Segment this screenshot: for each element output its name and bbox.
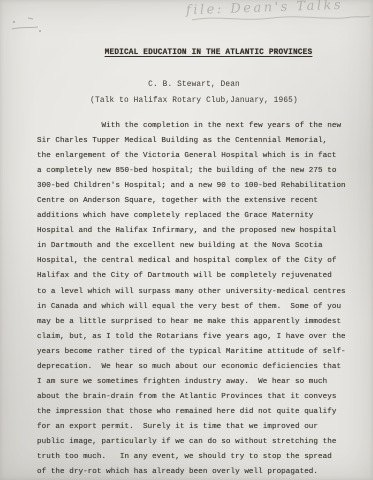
document-line: a completely new 850-bed hospital; the b… — [37, 164, 351, 179]
document-body: With the completion in the next few year… — [37, 119, 351, 480]
document-line: public image, particularly if we can do … — [37, 435, 351, 450]
document-line: claim, but, as I told the Rotarians five… — [37, 330, 351, 345]
document-line: about the brain-drain from the Atlantic … — [37, 390, 351, 405]
document-line: truth too much. In any event, we should … — [37, 450, 351, 465]
document-line: additions which have completely replaced… — [37, 209, 351, 224]
document-line: years become rather tired of the typical… — [37, 345, 351, 360]
document-line: Sir Charles Tupper Medical Building as t… — [37, 134, 351, 149]
document-line: for an export permit. Surely it is time … — [37, 420, 351, 435]
document-line: Hospital, the central medical and hospit… — [37, 254, 351, 269]
document-line: Halifax and the City of Dartmouth will b… — [37, 269, 351, 284]
document-title: MEDICAL EDUCATION IN THE ATLANTIC PROVIN… — [105, 49, 313, 57]
handwritten-underline — [192, 13, 370, 23]
document-line: I am sure we sometimes frighten industry… — [37, 375, 351, 390]
document-page: file: Dean's Talks MEDICAL EDUCATION IN … — [0, 0, 373, 480]
document-line: of the dry-rot which has already been ov… — [37, 465, 351, 480]
document-line: in Dartmouth and the excellent new build… — [37, 239, 351, 254]
document-line: the enlargement of the Victoria General … — [37, 149, 351, 164]
document-line: 300-bed Children's Hospital; and a new 9… — [37, 179, 351, 194]
author-line: C. B. Stewart, Dean — [37, 77, 351, 93]
document-line: deprecation. We hear so much about our e… — [37, 360, 351, 375]
page-title: MEDICAL EDUCATION IN THE ATLANTIC PROVIN… — [37, 29, 351, 77]
document-content: MEDICAL EDUCATION IN THE ATLANTIC PROVIN… — [37, 29, 351, 480]
document-line: With the completion in the next few year… — [37, 119, 351, 134]
document-line: Hospital and the Halifax Infirmary, and … — [37, 224, 351, 239]
document-line: in Canada and which will equal the very … — [37, 300, 351, 315]
document-line: may be a little surprised to hear me mak… — [37, 315, 351, 330]
document-line: the impression that those who remained h… — [37, 405, 351, 420]
document-line: to a level which will surpass many other… — [37, 285, 351, 300]
subtitle-line: (Talk to Halifax Rotary Club,January, 19… — [37, 93, 351, 109]
document-line: Centre on Anderson Square, together with… — [37, 194, 351, 209]
